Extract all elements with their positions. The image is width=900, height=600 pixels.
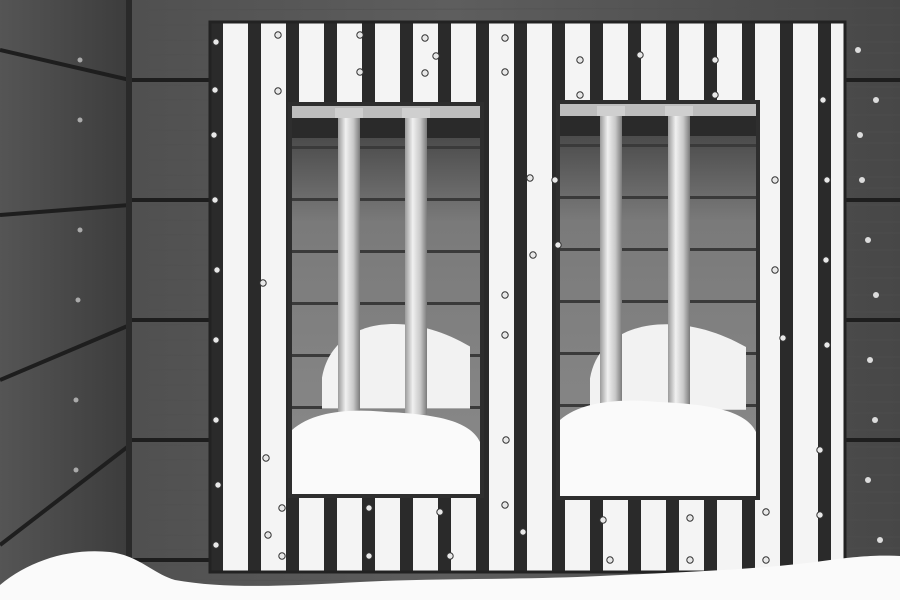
left-window [288,102,484,498]
photo-scene [0,0,900,600]
right-window [556,100,760,500]
side-wall [0,0,132,600]
